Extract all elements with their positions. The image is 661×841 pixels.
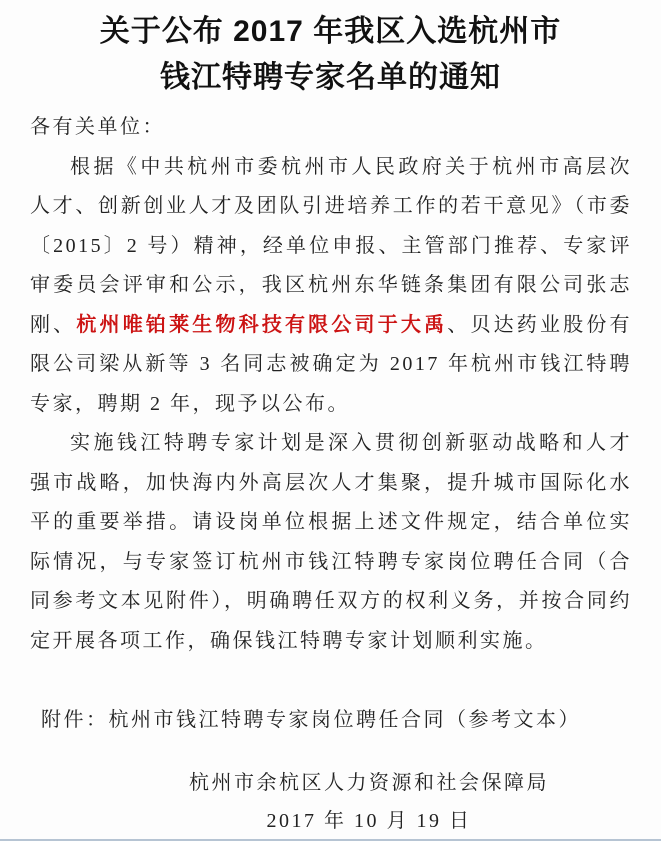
issue-date: 2017 年 10 月 19 日 bbox=[184, 802, 554, 840]
document-body: 各有关单位： 根据《中共杭州市委杭州市人民政府关于杭州市高层次人才、创新创业人才… bbox=[30, 108, 632, 840]
notice-document-page: 关于公布 2017 年我区入选杭州市 钱江特聘专家名单的通知 各有关单位： 根据… bbox=[0, 0, 661, 841]
title-line-1: 关于公布 2017 年我区入选杭州市 bbox=[0, 9, 661, 55]
paragraph-1: 根据《中共杭州市委杭州市人民政府关于杭州市高层次人才、创新创业人才及团队引进培养… bbox=[30, 148, 632, 425]
paragraph-2: 实施钱江特聘专家计划是深入贯彻创新驱动战略和人才强市战略，加快海内外高层次人才集… bbox=[30, 424, 632, 661]
attachment-line: 附件：杭州市钱江特聘专家岗位聘任合同（参考文本） bbox=[30, 701, 632, 741]
issuing-authority: 杭州市余杭区人力资源和社会保障局 bbox=[184, 764, 554, 802]
salutation-line: 各有关单位： bbox=[30, 108, 632, 148]
title-line-2: 钱江特聘专家名单的通知 bbox=[0, 55, 661, 101]
highlighted-company-expert-name: 杭州唯铂莱生物科技有限公司于大禹 bbox=[76, 314, 447, 336]
signature-block: 杭州市余杭区人力资源和社会保障局 2017 年 10 月 19 日 bbox=[184, 764, 554, 840]
paragraph-1-text-before-highlight: 根据《中共杭州市委杭州市人民政府关于杭州市高层次人才、创新创业人才及团队引进培养… bbox=[30, 156, 632, 336]
document-title: 关于公布 2017 年我区入选杭州市 钱江特聘专家名单的通知 bbox=[0, 9, 661, 101]
